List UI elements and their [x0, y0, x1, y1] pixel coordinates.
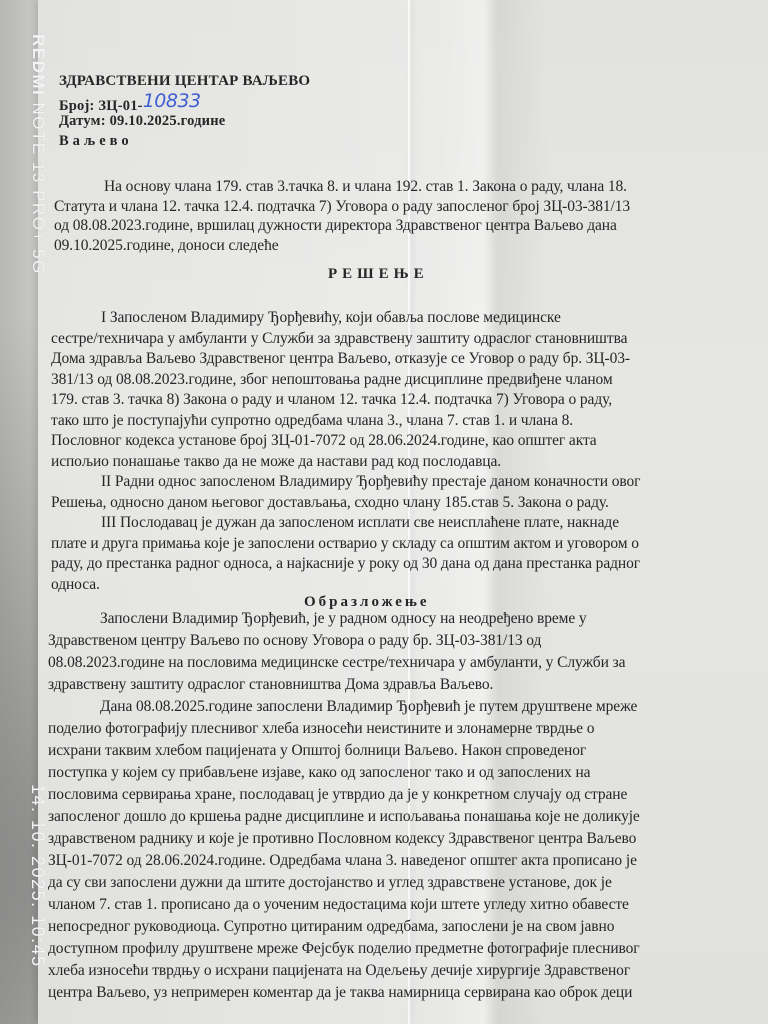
text-line: центра Ваљево, уз непримерен коментар да… — [48, 984, 632, 1002]
text-line: Дана 08.08.2025.године запослени Владими… — [100, 698, 637, 716]
text-line: 08.08.2023.године на пословима медицинск… — [48, 654, 625, 672]
reasoning-title: Образложење — [304, 594, 430, 611]
text-line: Дома здравља Ваљево Здравственог центра … — [51, 350, 630, 368]
text-line: запосленог дошло до кршења радне дисципл… — [48, 808, 640, 826]
text-line: испољио понашање такво да не може да нас… — [51, 453, 501, 471]
handwritten-number: 10833 — [143, 90, 201, 112]
text-line: плате и друга примања које је запослени … — [51, 535, 639, 553]
text-line: сестре/техничара у амбуланти у Служби за… — [51, 330, 627, 348]
text-line: исхрани таквим хлебом пацијената у Општо… — [48, 742, 586, 760]
text-line: 09.10.2025.године, доноси следеће — [54, 237, 279, 255]
text-line: односа. — [51, 576, 100, 594]
text-line: 381/13 од 08.08.2023.године, због непошт… — [51, 371, 613, 389]
decision-title: РЕШЕЊЕ — [328, 266, 429, 283]
text-line: непосредног руководиоца. Супротно цитира… — [48, 918, 614, 936]
text-line: I Запосленом Владимиру Ђорђевићу, који о… — [101, 309, 561, 327]
document-date: Датум: 09.10.2025.године — [59, 113, 225, 130]
text-line: II Радни однос запосленом Владимиру Ђорђ… — [101, 473, 640, 491]
text-line: Здравственом центру Ваљево по основу Уго… — [48, 632, 541, 650]
text-line: пословима сервирања хране, послодавац је… — [48, 786, 627, 804]
document-number: Број: ЗЦ-01-10833 — [59, 93, 201, 115]
text-line: од 08.08.2023.године, вршилац дужности д… — [54, 217, 617, 235]
text-line: да су сви запослени дужни да штите досто… — [48, 874, 612, 892]
document-city: Ваљево — [59, 133, 133, 150]
text-line: ЗЦ-01-7072 од 28.06.2024.године. Одредба… — [48, 852, 637, 870]
text-line: поступка у којем су прибављене изјаве, к… — [48, 764, 590, 782]
text-line: На основу члана 179. став 3.тачка 8. и ч… — [104, 178, 627, 196]
text-line: чланом 7. став 1. прописано да о уоченим… — [48, 896, 629, 914]
text-line: III Послодавац је дужан да запосленом ис… — [101, 514, 619, 532]
text-line: раду, до престанка радног односа, а најк… — [51, 555, 640, 573]
text-line: тако што је поступајући супротно одредба… — [51, 412, 573, 430]
text-line: поделио фотографију плеснивог хлеба изно… — [48, 720, 594, 738]
text-line: 179. став 3. тачка 8) Закона о раду и чл… — [51, 391, 612, 409]
text-line: доступном профилу друштвене мреже Фејсбу… — [48, 940, 640, 958]
number-label: Број: ЗЦ-01- — [59, 98, 143, 114]
text-line: Решења, односно даном његовог достављања… — [51, 494, 609, 512]
text-line: Запослени Владимир Ђорђевић, је у радном… — [100, 610, 587, 628]
text-line: здравствену заштиту одраслог становништв… — [48, 676, 493, 694]
text-line: Статута и члана 12. тачка 12.4. подтачка… — [54, 198, 630, 216]
text-line: хлеба износећи тврдњу о исхрани пацијена… — [48, 962, 630, 980]
text-line: Пословног кодекса установе број ЗЦ-01-70… — [51, 432, 597, 450]
organization-name: ЗДРАВСТВЕНИ ЦЕНТАР ВАЉЕВО — [59, 73, 310, 90]
text-line: здравственом раднику и које је противно … — [48, 830, 636, 848]
document: ЗДРАВСТВЕНИ ЦЕНТАР ВАЉЕВО Број: ЗЦ-01-10… — [0, 0, 768, 1024]
